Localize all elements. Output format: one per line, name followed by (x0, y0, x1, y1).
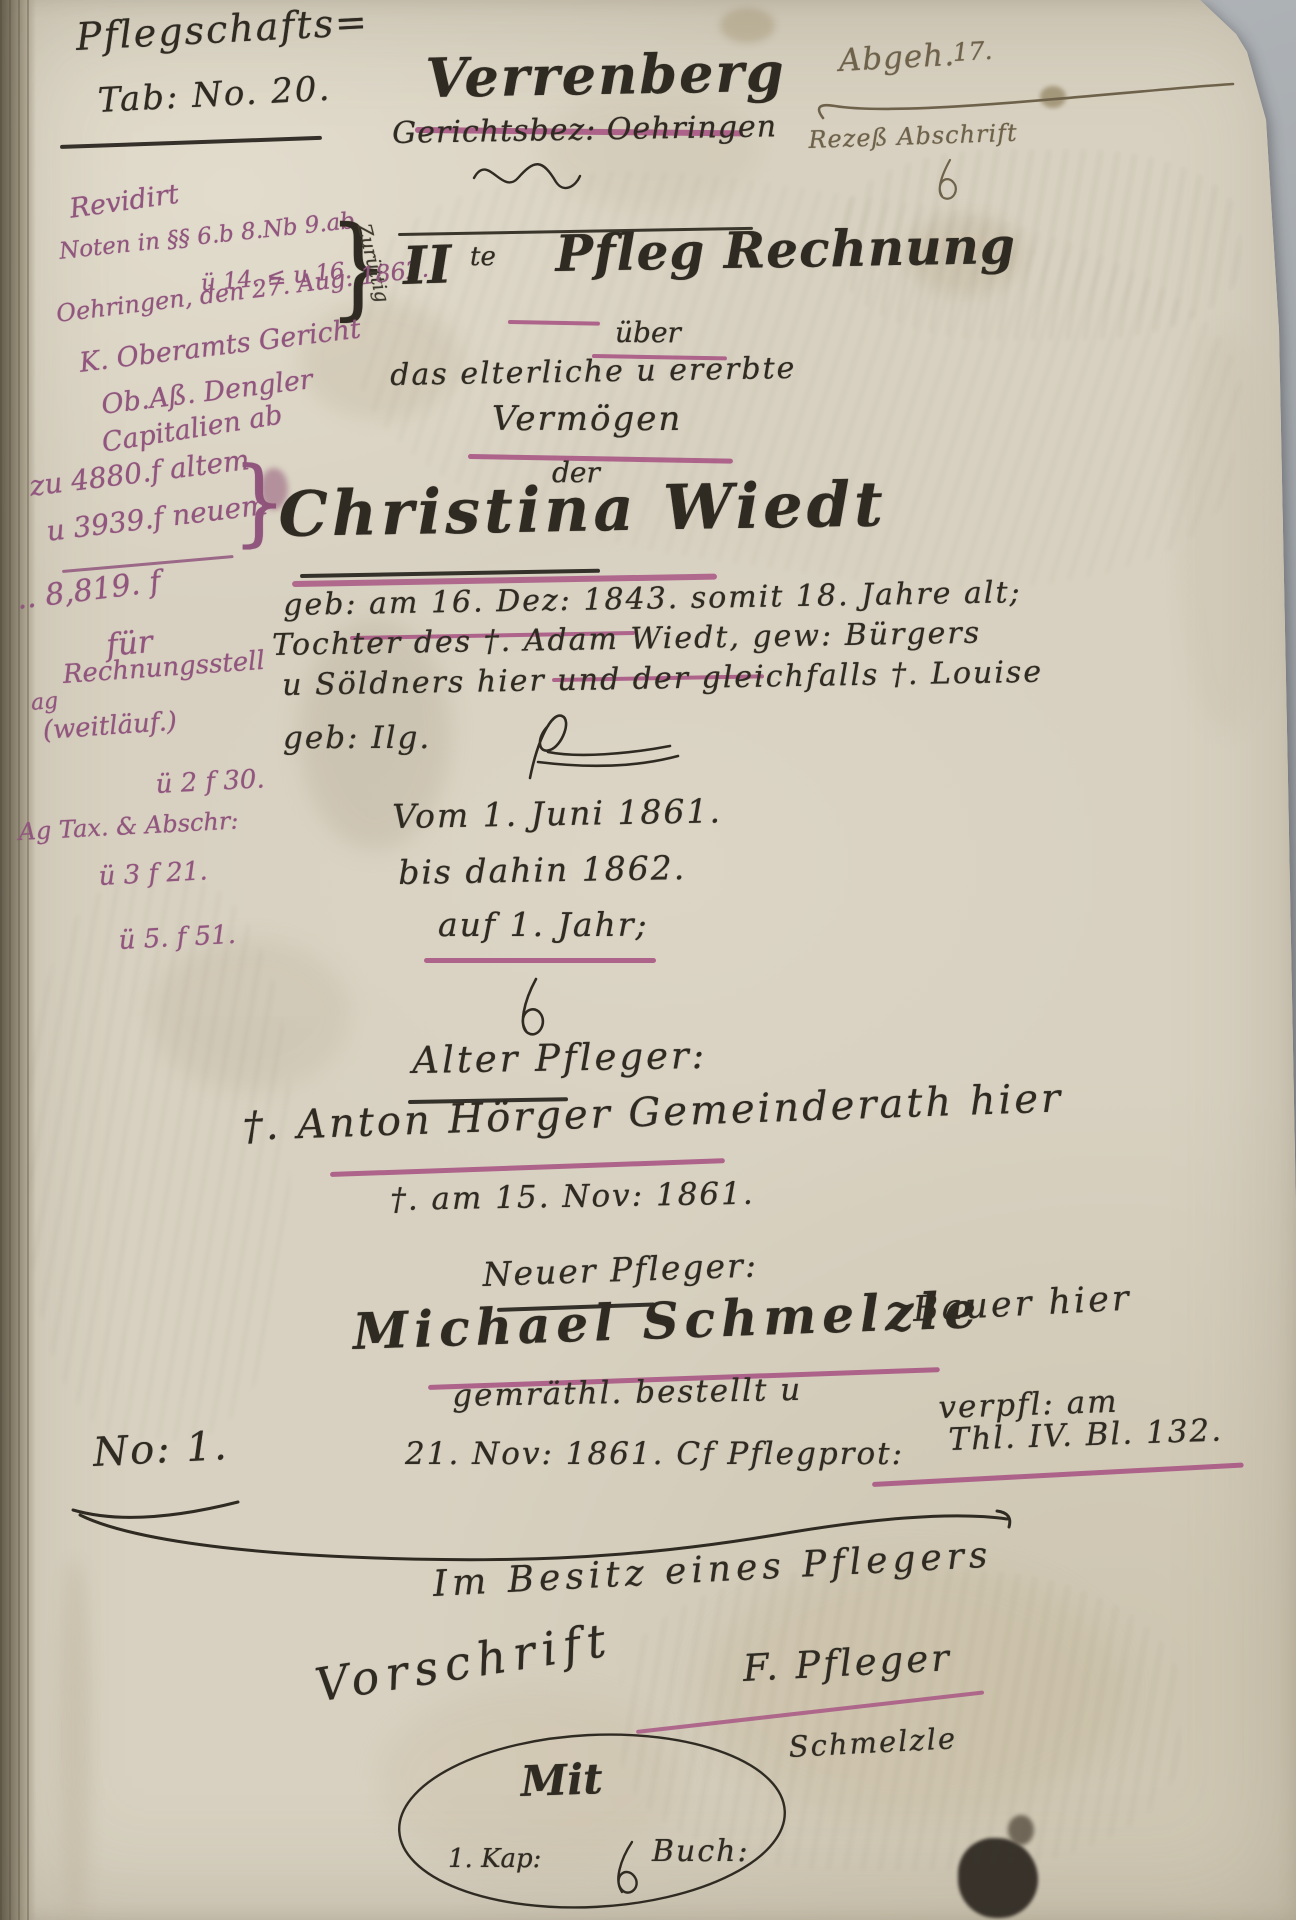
new-guardian-heading: Neuer Pfleger: (482, 1248, 759, 1292)
copy-note: Rezeß Abschrift (808, 121, 1018, 153)
margin-fee-amount2: ü 3 f 21. (98, 858, 208, 891)
protocol-underline-purple (872, 1463, 1244, 1487)
margin-fee-line2: (weitläuf.) (42, 709, 178, 746)
register-label-line2: Tab: No. 20. (97, 72, 332, 120)
old-guardian-heading: Alter Pfleger: (412, 1037, 707, 1081)
period-line3: auf 1. Jahr; (438, 908, 649, 943)
period-line1: Vom 1. Juni 1861. (392, 794, 722, 834)
margin-fee-amount1: ü 2 f 30. (155, 766, 265, 799)
number-label: No: 1. (92, 1425, 229, 1474)
photo-background: Pflegschafts= Tab: No. 20. Verrenberg Ge… (0, 0, 1296, 1920)
period-flourish (500, 975, 562, 1043)
paper-stain (720, 8, 775, 43)
paper-stain (60, 1560, 90, 1920)
stamp-squiggle (592, 1838, 660, 1906)
stamp-word1: Mit (520, 1757, 603, 1804)
header-flourish (468, 148, 583, 196)
new-guardian-role: Bauer hier (912, 1281, 1133, 1329)
pfleger-signature: Schmelzle (788, 1723, 958, 1762)
possession-line: Im Besitz eines Pflegers (432, 1537, 993, 1604)
rechnung-number-suffix: te (470, 244, 496, 271)
page-shadow: Pflegschafts= Tab: No. 20. Verrenberg Ge… (0, 0, 1296, 1920)
margin-capital-total: .. 8,819. f (15, 566, 162, 615)
ink-bleed-through (30, 880, 290, 1440)
page-title: Verrenberg (425, 44, 786, 107)
stamp-word3: Buch: (652, 1836, 750, 1868)
subject-line2: Vermögen (492, 402, 682, 438)
ink-blot (958, 1838, 1038, 1918)
paper-stain (150, 940, 350, 1090)
margin-revidirt: Revidirt (68, 181, 181, 224)
old-guardian-name-line: †. Anton Hörger Gemeinderath hier (242, 1077, 1064, 1148)
ward-underline-dark (300, 569, 600, 578)
vermoegen-underline-purple (468, 454, 733, 464)
register-label-line1: Pflegschafts= (75, 3, 370, 58)
margin-court-line: K. Oberamts Gericht (78, 316, 362, 379)
ward-detail-line4: geb: Ilg. (283, 722, 431, 755)
period-underline-purple (424, 958, 656, 963)
paper-stain (700, 1560, 1120, 1820)
audit-note: Abgeh. (838, 39, 956, 78)
new-guardian-detail3: 21. Nov: 1861. Cf Pflegprot: (405, 1438, 904, 1471)
pfleger-label: F. Pfleger (742, 1639, 953, 1689)
paper-stain (1180, 330, 1270, 730)
rechnung-number: II (402, 238, 453, 294)
new-guardian-detail4: Thl. IV. Bl. 132. (948, 1414, 1224, 1456)
old-guardian-death-line: †. am 15. Nov: 1861. (390, 1178, 755, 1217)
ward-detail-line1: geb: am 16. Dez: 1843. somit 18. Jahre a… (283, 577, 1022, 621)
paper-stain (540, 90, 760, 210)
vorschrift-label: Vorschrift (312, 1615, 616, 1710)
district-line: Gerichtsbez: Oehringen (392, 111, 777, 149)
audit-number: 17. (952, 38, 993, 66)
suffix-underline-purple (508, 320, 600, 326)
mid-flourish (492, 700, 677, 790)
number-underline-flourish (68, 1492, 243, 1522)
ward-detail-line2: Tochter des †. Adam Wiedt, gew: Bürgers (272, 618, 981, 662)
paper-stain (1040, 86, 1066, 108)
period-line2: bis dahin 1862. (398, 851, 686, 891)
subject-line1: das elterliche u ererbte (390, 353, 797, 392)
rechnung-title: Pfleg Rechnung (555, 220, 1016, 281)
stamp-word2: 1. Kap: (448, 1846, 541, 1873)
margin-fee-mark: ag (30, 690, 59, 715)
new-guardian-name: Michael Schmelzle (352, 1284, 983, 1358)
margin-fee-line1: Rechnungsstell (62, 648, 266, 689)
new-guardian-detail1: gemräthl. bestellt u (452, 1374, 802, 1413)
ink-bleed-through (620, 1570, 1180, 1870)
margin-fee-total: ü 5. f 51. (118, 922, 237, 955)
manuscript-page: Pflegschafts= Tab: No. 20. Verrenberg Ge… (0, 0, 1296, 1920)
ueber-label: über (615, 318, 681, 347)
ink-blot (1008, 1815, 1034, 1845)
register-underline (60, 136, 322, 149)
ward-name: Christina Wiedt (278, 471, 887, 547)
book-spine-edge (0, 0, 36, 1920)
copy-note-flourish (922, 158, 972, 204)
margin-fee-line3: Ag Tax. & Abschr: (18, 808, 239, 845)
ward-detail-line3: u Söldners hier und der gleichfalls †. L… (282, 657, 1043, 702)
old-guardian-name-underline-purple (330, 1158, 725, 1177)
